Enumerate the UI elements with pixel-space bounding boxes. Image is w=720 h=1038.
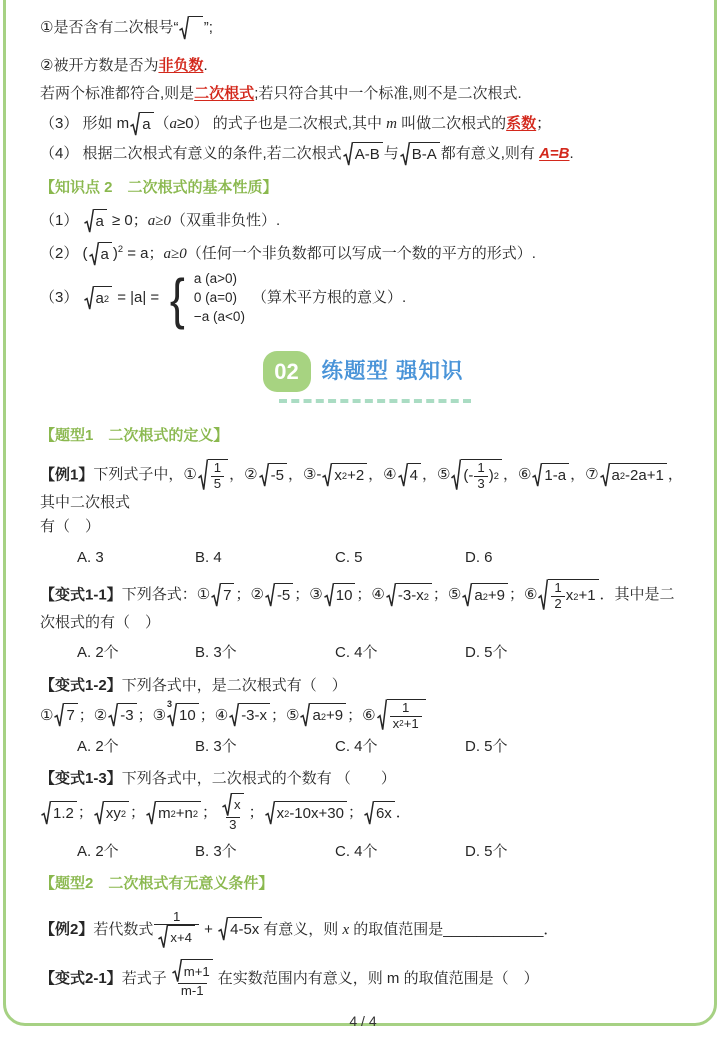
variant-1-3: 【变式1-3】下列各式中，二次根式的个数有 （ ） [40,768,686,791]
kp2-item-1-text: （1） a ≥ 0；a≥0（双重非负性）. [40,212,280,229]
variant-1-2-text: 下列各式中，是二次根式有（ ） [122,677,347,694]
intro-line-4-pre: （3） 形如 ma（a≥0） 的式子也是二次根式,其中 m 叫做二次根式的 [40,115,506,132]
kp2-item-2-text: （2） (a)2 = a；a≥0（任何一个非负数都可以写成一个数的平方的形式）. [40,245,536,262]
variant-1-1-label: 【变式1-1】 [40,586,122,603]
option-d: D. 5个 [465,841,686,864]
option-d: D. 6 [465,547,686,570]
keyword-nonnegative: 非负数 [158,57,203,74]
keyword-a-equals-b: A=B [539,145,569,162]
option-c: C. 5 [335,547,465,570]
variant-1-3-options: A. 2个 B. 3个 C. 4个 D. 5个 [40,841,686,864]
intro-line-5-post: . [570,145,574,162]
intro-line-2: ②被开方数是否为非负数. [40,55,686,78]
variant-1-2-expr-text: ①7；②-3；③310；④-3-x；⑤a2+9；⑥1x2+1 [40,707,427,724]
variant-1-1-text: 下列各式：①7；②-5；③10；④-3-x2；⑤a2+9；⑥12x2+1．其中是… [40,586,675,630]
intro-line-4-post: ； [536,115,551,132]
variant-1-2-options: A. 2个 B. 3个 C. 4个 D. 5个 [40,736,686,759]
example-2-text: 若代数式1x+4 + 4-5x有意义，则 x 的取值范围是___________… [93,921,558,938]
knowledge-point-2-title: 【知识点 2 二次根式的基本性质】 [40,177,686,200]
problem-type-2-title: 【题型2 二次根式有无意义条件】 [40,873,686,896]
example-1-line2: 有（ ） [40,516,686,539]
intro-line-4: （3） 形如 ma（a≥0） 的式子也是二次根式,其中 m 叫做二次根式的系数； [40,112,686,137]
intro-line-2-post: . [203,57,207,74]
case-zero: 0 (a=0) [194,289,245,308]
variant-2-1: 【变式2-1】若式子m+1m-1在实数范围内有意义，则 m 的取值范围是（ ） [40,959,686,999]
case-negative: −a (a<0) [194,308,245,327]
variant-1-1-options: A. 2个 B. 3个 C. 4个 D. 5个 [40,642,686,665]
variant-1-1: 【变式1-1】下列各式：①7；②-5；③10；④-3-x2；⑤a2+9；⑥12x… [40,579,686,634]
option-d: D. 5个 [465,642,686,665]
piecewise-brace: { [170,275,185,323]
example-1: 【例1】下列式子中，①15，②-5，③-x2+2，④4，⑤(-13)2，⑥1-a… [40,459,686,514]
intro-line-5: （4） 根据二次根式有意义的条件,若二次根式A-B与B-A都有意义,则有 A=B… [40,142,686,167]
intro-line-1-text: ①是否含有二次根号“ ”; [40,19,213,36]
example-2-label: 【例2】 [40,921,93,938]
intro-line-5-pre: （4） 根据二次根式有意义的条件,若二次根式A-B与B-A都有意义,则有 [40,145,539,162]
section-banner-inner: 02 练题型 强知识 [263,351,464,403]
kp2-item-3-lead: （3） a2 = |a| = [40,286,159,311]
option-a: A. 3 [77,547,195,570]
case-positive: a (a>0) [194,270,245,289]
intro-line-1: ①是否含有二次根号“ ”; [40,16,686,41]
section-banner-title: 练题型 强知识 [322,355,464,387]
option-a: A. 2个 [77,642,195,665]
variant-1-3-expressions: 1.2；xy2；m2+n2；x3；x2-10x+30；6x． [40,793,686,833]
variant-1-3-label: 【变式1-3】 [40,770,122,787]
option-a: A. 2个 [77,841,195,864]
variant-1-3-expr-text: 1.2；xy2；m2+n2；x3；x2-10x+30；6x． [40,804,411,821]
worksheet-page: ①是否含有二次根号“ ”; ②被开方数是否为非负数. 若两个标准都符合,则是二次… [40,16,686,1032]
keyword-coefficient: 系数 [506,115,536,132]
variant-1-2-expressions: ①7；②-3；③310；④-3-x；⑤a2+9；⑥1x2+1 [40,699,686,732]
option-b: B. 3个 [195,736,335,759]
piecewise-cases: a (a>0) 0 (a=0) −a (a<0) [194,270,245,327]
example-1-label: 【例1】 [40,466,93,483]
option-b: B. 3个 [195,642,335,665]
dashed-underline [279,399,472,403]
kp2-item-3: （3） a2 = |a| = { a (a>0) 0 (a=0) −a (a<0… [40,270,686,327]
kp2-item-1: （1） a ≥ 0；a≥0（双重非负性）. [40,209,686,234]
variant-1-3-text: 下列各式中，二次根式的个数有 （ ） [122,770,396,787]
option-a: A. 2个 [77,736,195,759]
section-number-badge: 02 [263,351,311,392]
page-number: 4 / 4 [40,1011,686,1032]
option-b: B. 3个 [195,841,335,864]
problem-type-1-title: 【题型1 二次根式的定义】 [40,425,686,448]
example-1-text: 下列式子中，①15，②-5，③-x2+2，④4，⑤(-13)2，⑥1-a，⑦a2… [40,466,683,510]
option-b: B. 4 [195,547,335,570]
intro-line-3: 若两个标准都符合,则是二次根式;若只符合其中一个标准,则不是二次根式. [40,83,686,106]
kp2-item-2: （2） (a)2 = a；a≥0（任何一个非负数都可以写成一个数的平方的形式）. [40,242,686,267]
variant-2-1-label: 【变式2-1】 [40,970,122,987]
option-c: C. 4个 [335,841,465,864]
option-c: C. 4个 [335,642,465,665]
example-2: 【例2】若代数式1x+4 + 4-5x有意义，则 x 的取值范围是_______… [40,910,686,950]
kp2-item-3-tail: （算术平方根的意义）. [252,287,406,310]
variant-2-1-text: 若式子m+1m-1在实数范围内有意义，则 m 的取值范围是（ ） [122,970,539,987]
example-1-options: A. 3 B. 4 C. 5 D. 6 [40,547,686,570]
intro-line-2-pre: ②被开方数是否为 [40,57,158,74]
section-banner: 02 练题型 强知识 [40,351,686,403]
option-d: D. 5个 [465,736,686,759]
option-c: C. 4个 [335,736,465,759]
variant-1-2-label: 【变式1-2】 [40,677,122,694]
intro-line-3-post: ;若只符合其中一个标准,则不是二次根式. [254,85,522,102]
variant-1-2: 【变式1-2】下列各式中，是二次根式有（ ） [40,675,686,698]
intro-line-3-pre: 若两个标准都符合,则是 [40,85,194,102]
keyword-quadratic-radical: 二次根式 [194,85,254,102]
